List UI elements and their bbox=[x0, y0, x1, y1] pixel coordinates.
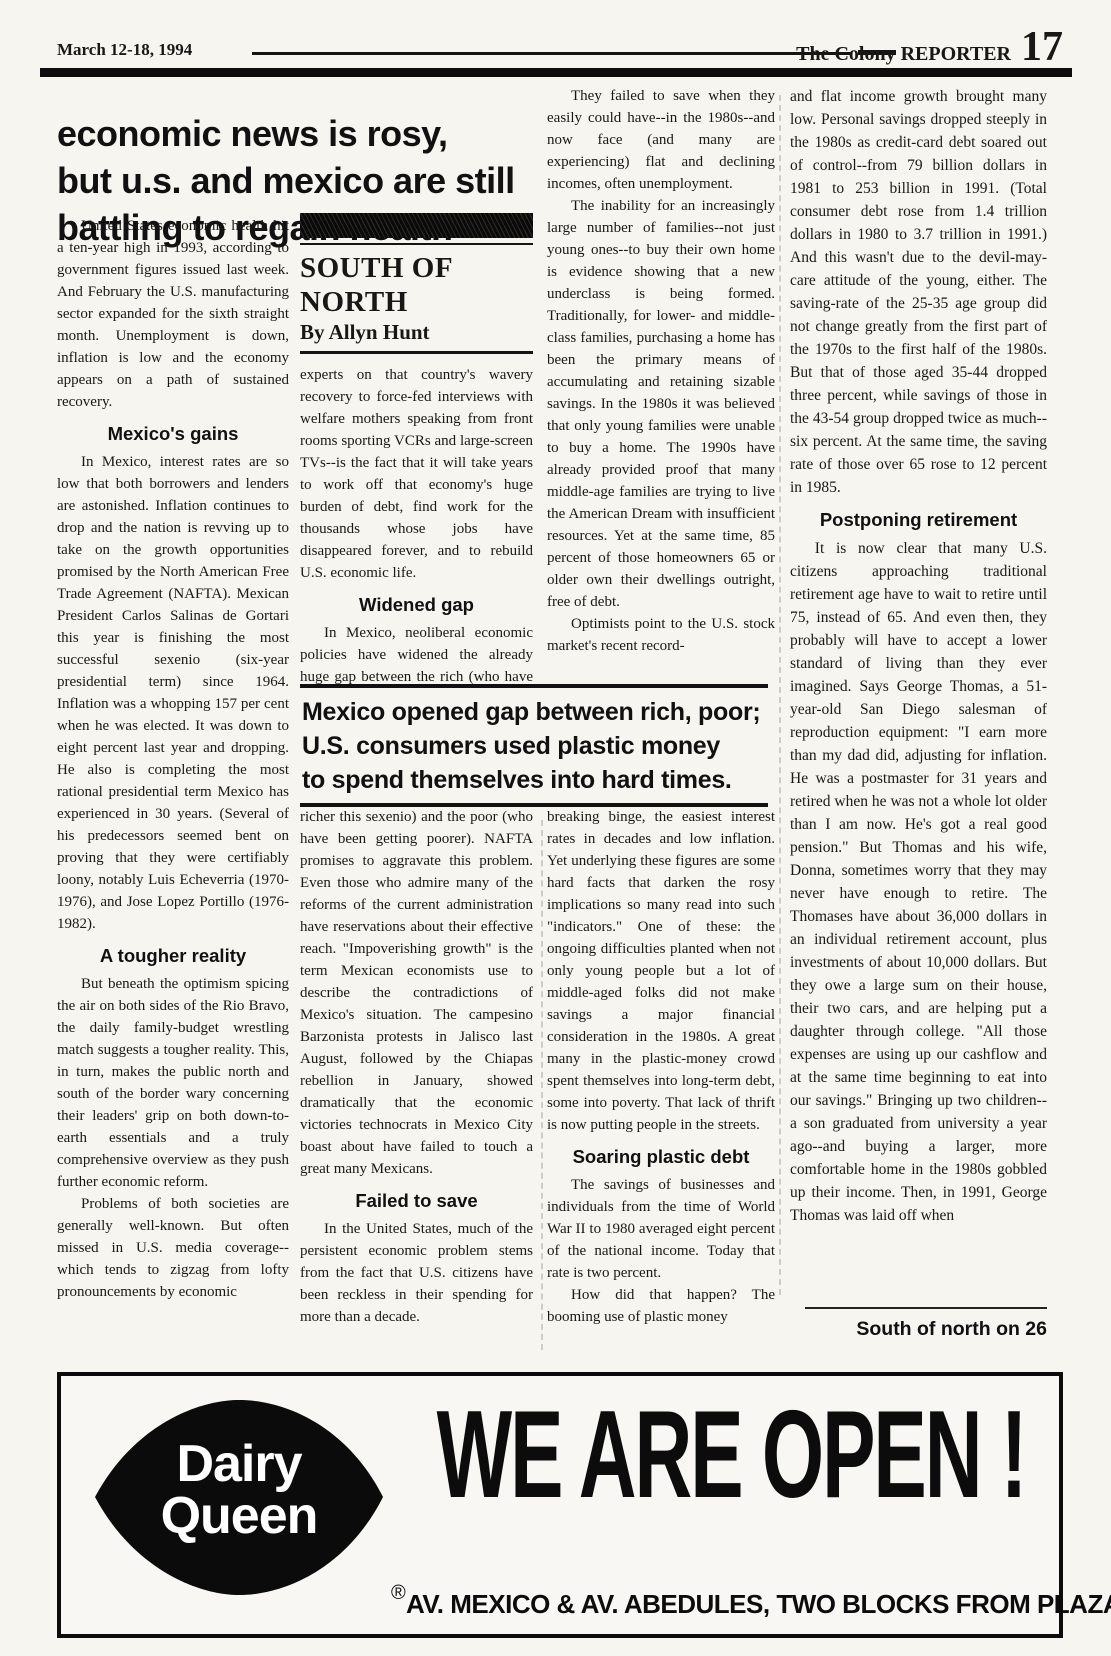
column-separator-rule bbox=[541, 820, 543, 1350]
pull-quote-line-2: U.S. consumers used plastic money bbox=[302, 729, 766, 763]
jump-line: South of north on 26 bbox=[790, 1318, 1047, 1341]
paragraph: But beneath the optimism spicing the air… bbox=[57, 973, 289, 1193]
dairy-queen-advertisement: Dairy Queen ® WE ARE OPEN ! AV. MEXICO &… bbox=[57, 1372, 1063, 1638]
column-1: United States economic health hit a ten-… bbox=[57, 215, 289, 1357]
paragraph: It is now clear that many U.S. citizens … bbox=[790, 537, 1047, 1227]
dairy-queen-wordmark: Dairy Queen bbox=[89, 1438, 389, 1542]
paragraph: United States economic health hit a ten-… bbox=[57, 215, 289, 413]
paragraph: In Mexico, interest rates are so low tha… bbox=[57, 451, 289, 935]
subhead-failed-to-save: Failed to save bbox=[300, 1190, 533, 1212]
pull-quote-line-1: Mexico opened gap between rich, poor; bbox=[302, 695, 766, 729]
column-4: and flat income growth brought many low.… bbox=[790, 85, 1047, 1303]
headline-line-2: but u.s. and mexico are still bbox=[57, 157, 557, 204]
column-3-top: They failed to save when they easily cou… bbox=[547, 85, 775, 685]
header-thick-rule bbox=[40, 68, 1072, 77]
subhead-postponing-retirement: Postponing retirement bbox=[790, 509, 1047, 531]
ad-text-block: WE ARE OPEN ! AV. MEXICO & AV. ABEDULES,… bbox=[406, 1376, 1056, 1634]
ad-headline: WE ARE OPEN ! bbox=[406, 1384, 1056, 1527]
issue-date: March 12-18, 1994 bbox=[57, 40, 192, 60]
paragraph: Problems of both societies are generally… bbox=[57, 1193, 289, 1303]
newspaper-page: March 12-18, 1994 The Colony REPORTER 17… bbox=[0, 0, 1111, 1656]
column-separator-rule bbox=[779, 95, 781, 1295]
dairy-queen-logo: Dairy Queen ® bbox=[89, 1390, 389, 1605]
jump-line-rule bbox=[805, 1307, 1047, 1309]
paragraph: breaking binge, the easiest interest rat… bbox=[547, 806, 775, 1136]
page-number: 17 bbox=[1021, 26, 1063, 68]
subhead-a-tougher-reality: A tougher reality bbox=[57, 945, 289, 967]
column-byline: By Allyn Hunt bbox=[300, 319, 533, 346]
halftone-bar bbox=[300, 213, 533, 238]
pull-quote-text: Mexico opened gap between rich, poor; U.… bbox=[300, 688, 768, 803]
column-2-top: SOUTH OF NORTH By Allyn Hunt experts on … bbox=[300, 213, 533, 687]
masthead-rule-top bbox=[300, 243, 533, 245]
ad-address: AV. MEXICO & AV. ABEDULES, TWO BLOCKS FR… bbox=[406, 1589, 1056, 1620]
paragraph: The inability for an increasingly large … bbox=[547, 195, 775, 613]
paragraph: In Mexico, neoliberal economic policies … bbox=[300, 622, 533, 687]
headline-line-1: economic news is rosy, bbox=[57, 110, 557, 157]
subhead-mexicos-gains: Mexico's gains bbox=[57, 423, 289, 445]
paragraph: experts on that country's wavery recover… bbox=[300, 364, 533, 584]
masthead-rule-bottom bbox=[300, 351, 533, 354]
registered-trademark-icon: ® bbox=[391, 1582, 406, 1605]
paragraph: Optimists point to the U.S. stock market… bbox=[547, 613, 775, 657]
paragraph: In the United States, much of the persis… bbox=[300, 1218, 533, 1328]
paragraph: richer this sexenio) and the poor (who h… bbox=[300, 806, 533, 1180]
column-3-bottom: breaking binge, the easiest interest rat… bbox=[547, 806, 775, 1362]
pull-quote: Mexico opened gap between rich, poor; U.… bbox=[300, 684, 768, 807]
paragraph: and flat income growth brought many low.… bbox=[790, 85, 1047, 499]
column-2-bottom: richer this sexenio) and the poor (who h… bbox=[300, 806, 533, 1362]
brand-word-dairy: Dairy bbox=[89, 1438, 389, 1490]
pull-quote-line-3: to spend themselves into hard times. bbox=[302, 763, 766, 797]
subhead-soaring-plastic-debt: Soaring plastic debt bbox=[547, 1146, 775, 1168]
header-rule bbox=[252, 52, 852, 55]
masthead-brand: The Colony REPORTER 17 bbox=[796, 26, 1063, 68]
subhead-widened-gap: Widened gap bbox=[300, 594, 533, 616]
paper-name: The Colony REPORTER bbox=[796, 43, 1011, 66]
paragraph: How did that happen? The booming use of … bbox=[547, 1284, 775, 1328]
paragraph: The savings of businesses and individual… bbox=[547, 1174, 775, 1284]
brand-word-queen: Queen bbox=[89, 1490, 389, 1542]
column-masthead-title: SOUTH OF NORTH bbox=[300, 251, 533, 319]
paragraph: They failed to save when they easily cou… bbox=[547, 85, 775, 195]
